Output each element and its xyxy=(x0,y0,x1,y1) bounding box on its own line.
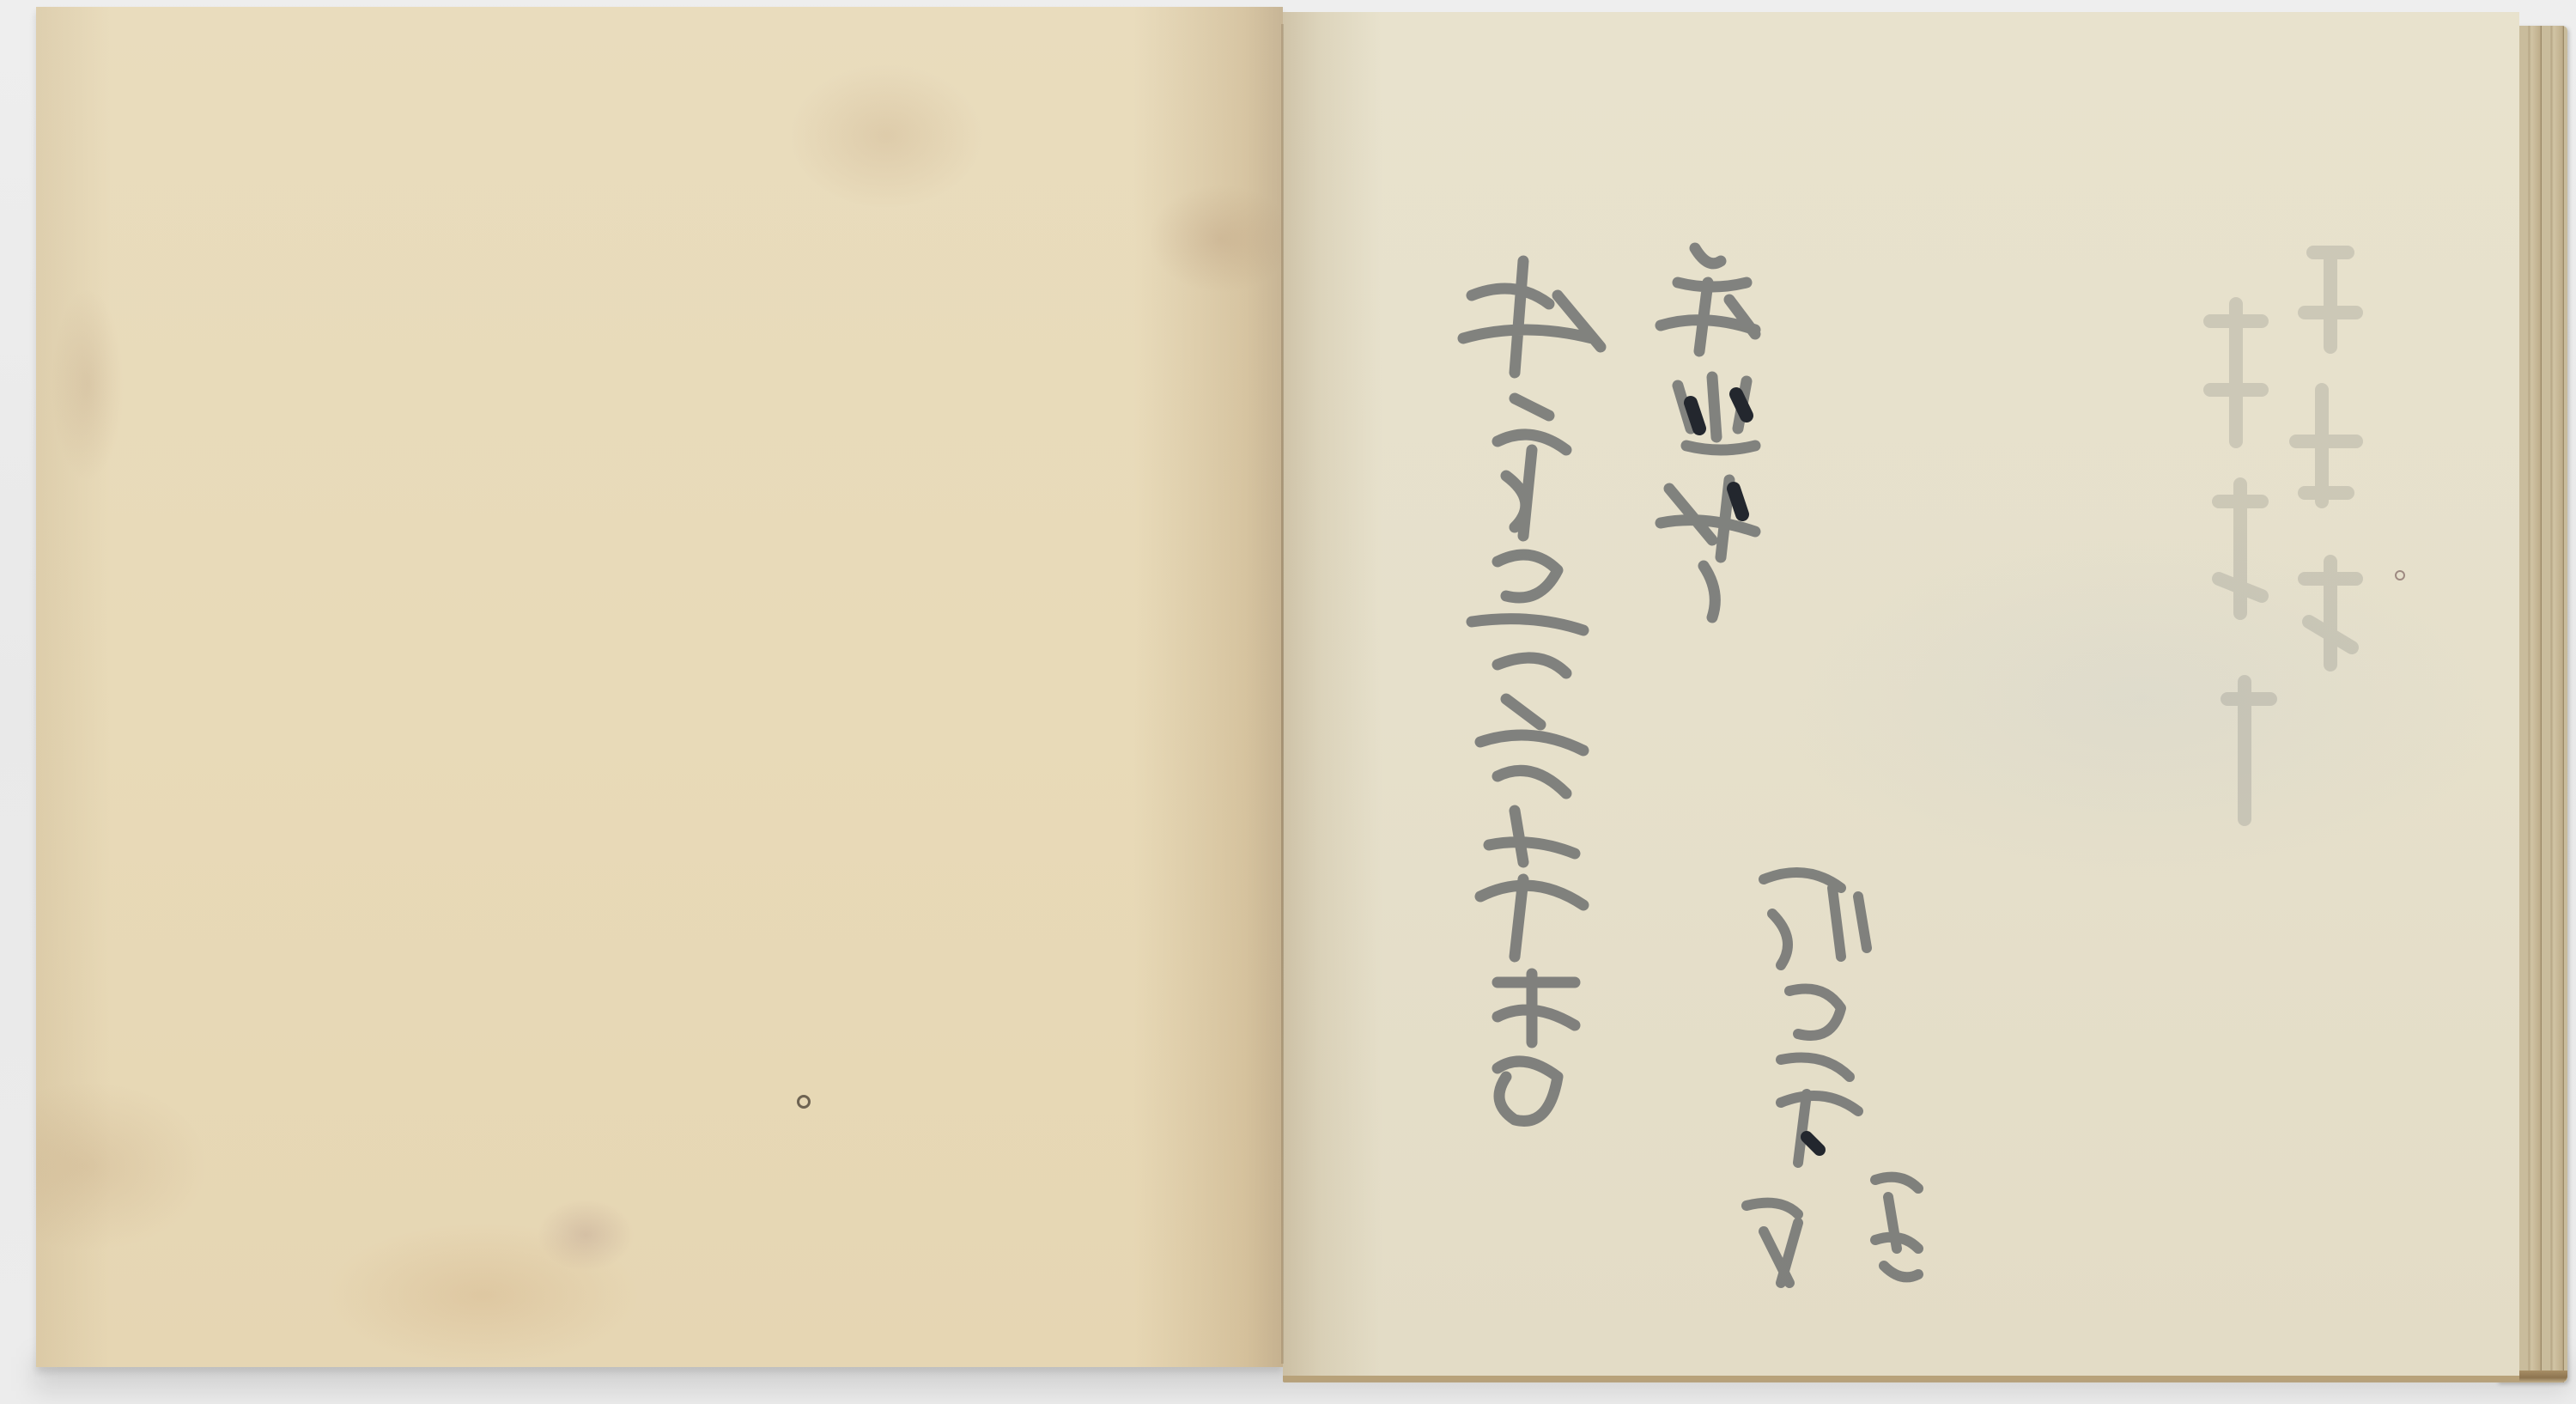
gutter-fold xyxy=(1281,24,1284,1364)
stain-dot xyxy=(2395,570,2405,580)
calligraphy-column-2: 〔判読不能〕…令 …中 … 千回 (uncertain) xyxy=(1446,244,1618,1188)
calligraphy-column-1: 〔判読不能〕 — cursive, approx. 4 glyphs xyxy=(1626,231,1781,626)
calligraphy-glyphs-col-1 xyxy=(1626,231,1781,626)
right-page: Handwritten cursive (sōsho) brush callig… xyxy=(1283,12,2519,1381)
ink-ring-mark xyxy=(797,1095,811,1109)
calligraphy-glyphs-signature xyxy=(1729,836,1935,1317)
show-through-text xyxy=(2159,218,2382,905)
calligraphy-signature: 〔判読不能〕 (signature / date, uncertain) xyxy=(1729,836,1935,1317)
calligraphy-glyphs-col-2 xyxy=(1446,244,1618,1188)
left-page: Blank page with age staining and foxing xyxy=(36,7,1283,1367)
